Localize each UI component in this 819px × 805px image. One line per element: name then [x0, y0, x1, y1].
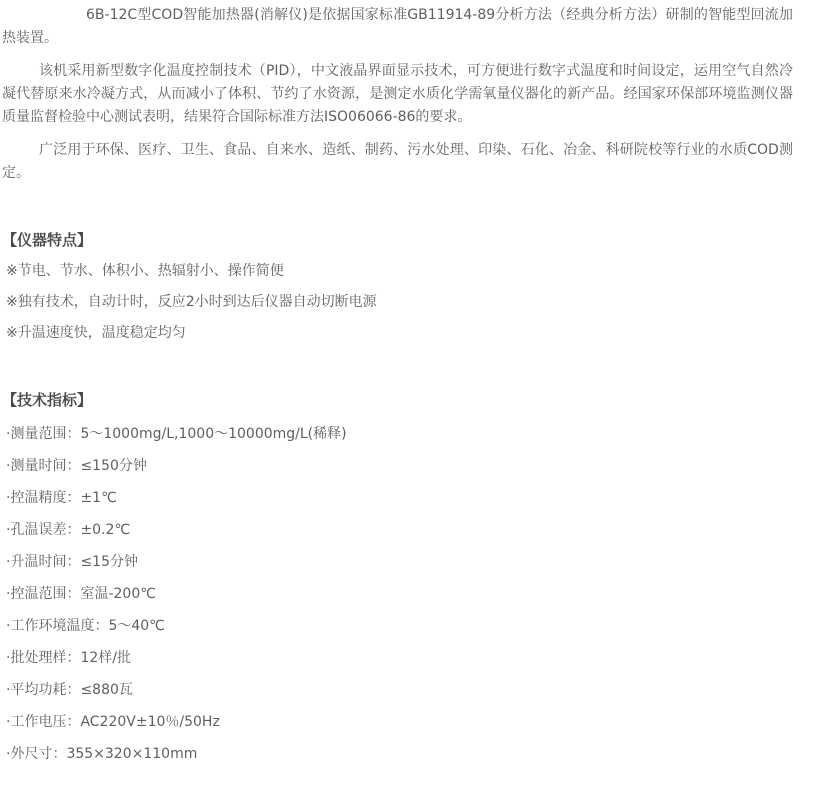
feature-item: ※节电、节水、体积小、热辐射小、操作简便 — [6, 256, 793, 287]
spec-item: ·工作环境温度：5～40℃ — [6, 610, 793, 642]
spec-item: ·平均功耗：≤880瓦 — [6, 674, 793, 706]
spec-item: ·批处理样：12样/批 — [6, 642, 793, 674]
intro-paragraph-overview: 6B-12C型COD智能加热器(消解仪)是依据国家标准GB11914-89分析方… — [2, 4, 793, 50]
features-section-heading: 【仪器特点】 — [2, 230, 793, 250]
product-description-document: 6B-12C型COD智能加热器(消解仪)是依据国家标准GB11914-89分析方… — [0, 0, 819, 805]
spec-item: ·测量范围：5～1000mg/L,1000～10000mg/L(稀释) — [6, 418, 793, 450]
intro-paragraph-applications: 广泛用于环保、医疗、卫生、食品、自来水、造纸、制药、污水处理、印染、石化、冶金、… — [2, 139, 793, 185]
specs-section-heading: 【技术指标】 — [2, 390, 793, 410]
spec-item: ·控温精度：±1℃ — [6, 482, 793, 514]
spec-item: ·升温时间：≤15分钟 — [6, 546, 793, 578]
feature-item: ※独有技术，自动计时，反应2小时到达后仪器自动切断电源 — [6, 287, 793, 318]
spec-item: ·测量时间：≤150分钟 — [6, 450, 793, 482]
spec-item: ·控温范围：室温-200℃ — [6, 578, 793, 610]
spec-item: ·工作电压：AC220V±10％/50Hz — [6, 706, 793, 738]
spec-item: ·孔温误差：±0.2℃ — [6, 514, 793, 546]
feature-item: ※升温速度快，温度稳定均匀 — [6, 318, 793, 349]
spec-list: ·测量范围：5～1000mg/L,1000～10000mg/L(稀释) ·测量时… — [2, 418, 793, 770]
feature-list: ※节电、节水、体积小、热辐射小、操作简便 ※独有技术，自动计时，反应2小时到达后… — [2, 256, 793, 349]
intro-paragraph-technology: 该机采用新型数字化温度控制技术（PID），中文液晶界面显示技术，可方便进行数字式… — [2, 60, 793, 129]
spec-item: ·外尺寸：355×320×110mm — [6, 738, 793, 770]
